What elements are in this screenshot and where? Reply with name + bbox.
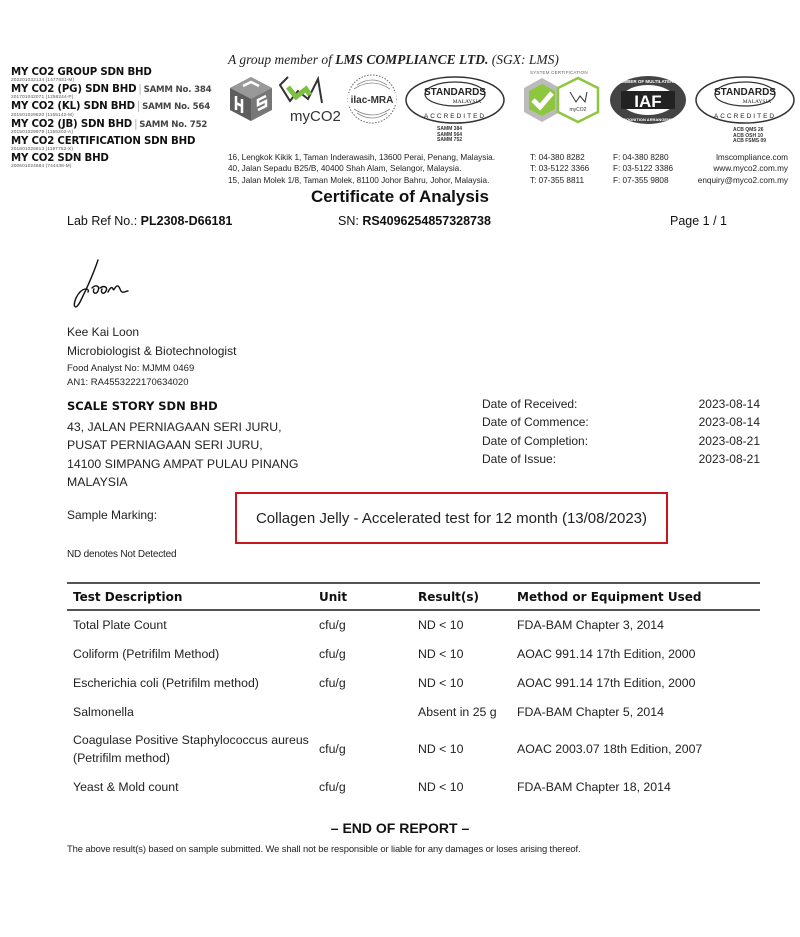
date-received-row: Date of Received:2023-08-14 <box>482 397 760 415</box>
food-analyst-number: Food Analyst No: MJMM 0469 <box>67 363 194 374</box>
disclaimer: The above result(s) based on sample subm… <box>67 843 581 854</box>
table-row: Yeast & Mold count cfu/g ND < 10 FDA-BAM… <box>67 772 760 801</box>
analyst-an1-number: AN1: RA4553222170634020 <box>67 377 189 388</box>
nd-note: ND denotes Not Detected <box>67 549 176 560</box>
ilac-mra-logo-icon: ilac-MRA <box>346 73 398 125</box>
header-test-description: Test Description <box>67 583 313 610</box>
lms-logo-icon <box>228 76 274 122</box>
company-entry: MY CO2 SDN BHD 200601024684 (744438-M) <box>11 154 226 170</box>
svg-text:myCO2: myCO2 <box>290 108 341 125</box>
svg-text:RECOGNITION ARRANGEMENT: RECOGNITION ARRANGEMENT <box>618 117 679 122</box>
iaf-logo-icon: IAF MEMBER OF MULTILATERAL RECOGNITION A… <box>608 74 688 126</box>
client-address: 43, JALAN PERNIAGAAN SERI JURU, PUSAT PE… <box>67 418 298 491</box>
office-addresses: 16, Lengkok Kikik 1, Taman Inderawasih, … <box>228 152 495 186</box>
svg-text:MALAYSIA: MALAYSIA <box>453 99 482 105</box>
system-certification-logo-icon: myCO2 <box>522 76 602 124</box>
svg-text:ilac-MRA: ilac-MRA <box>351 95 394 106</box>
svg-text:MEMBER OF MULTILATERAL: MEMBER OF MULTILATERAL <box>617 79 680 84</box>
acb-numbers: ACB QMS 26 ACB OSH 10 ACB FSMS 09 <box>733 128 766 145</box>
website-link[interactable]: www.myco2.com.my <box>698 163 788 174</box>
svg-text:myCO2: myCO2 <box>570 107 587 113</box>
samm-numbers: SAMM 384 SAMM 564 SAMM 752 <box>437 127 462 144</box>
svg-text:IAF: IAF <box>634 92 661 111</box>
company-entry: MY CO2 GROUP SDN BHD 202201032134 (14778… <box>11 68 226 84</box>
table-row: Coagulase Positive Staphylococcus aureus… <box>67 726 760 772</box>
lab-ref-number: Lab Ref No.: PL2308-D66181 <box>67 214 232 228</box>
date-commence-row: Date of Commence:2023-08-14 <box>482 415 760 433</box>
table-row: Escherichia coli (Petrifilm method) cfu/… <box>67 668 760 697</box>
company-list: MY CO2 GROUP SDN BHD 202201032134 (14778… <box>11 68 226 171</box>
company-entry: MY CO2 (KL) SDN BHD|SAMM No. 564 2015010… <box>11 102 226 118</box>
svg-text:MALAYSIA: MALAYSIA <box>743 99 772 105</box>
myco2-logo-icon: myCO2 <box>278 73 342 125</box>
web-contacts: lmscompliance.com www.myco2.com.my enqui… <box>698 152 788 186</box>
standards-malaysia-acb-logo-icon: STANDARDS MALAYSIA ACCREDITED <box>694 75 796 125</box>
header-method: Method or Equipment Used <box>511 583 760 610</box>
date-summary: Date of Received:2023-08-14 Date of Comm… <box>482 397 760 470</box>
company-entry: MY CO2 (JB) SDN BHD|SAMM No. 752 2015010… <box>11 120 226 136</box>
company-entry: MY CO2 (PG) SDN BHD|SAMM No. 384 2017010… <box>11 85 226 101</box>
table-row: Coliform (Petrifilm Method) cfu/g ND < 1… <box>67 639 760 668</box>
client-name: SCALE STORY SDN BHD <box>67 399 218 413</box>
office-phones: T: 04-380 8282 T: 03-5122 3366 T: 07-355… <box>530 152 589 186</box>
group-tagline: A group member of LMS COMPLIANCE LTD. (S… <box>228 52 559 68</box>
website-link[interactable]: lmscompliance.com <box>698 152 788 163</box>
svg-text:STANDARDS: STANDARDS <box>714 87 776 98</box>
company-entry: MY CO2 CERTIFICATION SDN BHD 20160102681… <box>11 137 226 153</box>
standards-malaysia-samm-logo-icon: STANDARDS MALAYSIA ACCREDITED <box>404 75 506 125</box>
serial-number: SN: RS4096254857328738 <box>338 214 491 228</box>
svg-text:ACCREDITED: ACCREDITED <box>424 113 486 120</box>
table-row: Total Plate Count cfu/g ND < 10 FDA-BAM … <box>67 610 760 639</box>
header-results: Result(s) <box>412 583 511 610</box>
date-completion-row: Date of Completion:2023-08-21 <box>482 434 760 452</box>
signatory-name: Kee Kai Loon <box>67 325 139 339</box>
office-faxes: F: 04-380 8280 F: 03-5122 3386 F: 07-355… <box>613 152 673 186</box>
table-row: Salmonella Absent in 25 g FDA-BAM Chapte… <box>67 697 760 726</box>
end-of-report: – END OF REPORT – <box>0 820 800 836</box>
system-certification-label: SYSTEM CERTIFICATION <box>530 70 588 75</box>
header-unit: Unit <box>313 583 412 610</box>
page-indicator: Page 1 / 1 <box>670 214 727 228</box>
table-header-row: Test Description Unit Result(s) Method o… <box>67 583 760 610</box>
results-table: Test Description Unit Result(s) Method o… <box>67 582 760 801</box>
signatory-title: Microbiologist & Biotechnologist <box>67 344 236 358</box>
sample-marking-value: Collagen Jelly - Accelerated test for 12… <box>235 492 668 544</box>
date-issue-row: Date of Issue:2023-08-21 <box>482 452 760 470</box>
svg-text:STANDARDS: STANDARDS <box>424 87 486 98</box>
email-link[interactable]: enquiry@myco2.com.my <box>698 175 788 186</box>
signature-image <box>68 258 138 313</box>
svg-text:ACCREDITED: ACCREDITED <box>714 113 776 120</box>
sample-marking-label: Sample Marking: <box>67 508 157 522</box>
document-title: Certificate of Analysis <box>0 187 800 207</box>
